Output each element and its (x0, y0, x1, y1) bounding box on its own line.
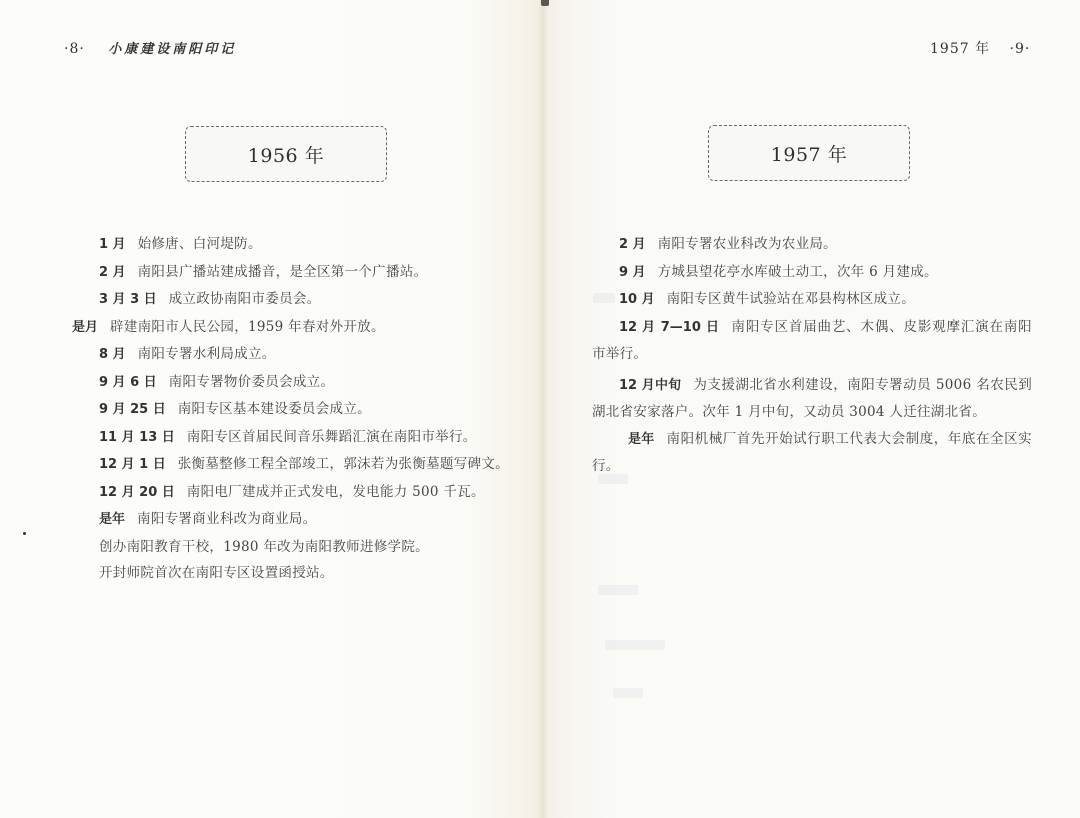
chronicle-entry: 8 月南阳专署水利局成立。 (72, 341, 524, 369)
year-heading-1957: 1957 年 (708, 125, 910, 181)
entry-text: 南阳专署商业科改为商业局。 (137, 511, 316, 527)
chronicle-entry: 12 月 20 日南阳电厂建成并正式发电，发电能力 500 千瓦。 (72, 479, 524, 507)
entry-text: 南阳专署农业科改为农业局。 (658, 236, 837, 252)
chronicle-entry: 9 月方城县望花亭水库破土动工，次年 6 月建成。 (592, 259, 1032, 287)
entry-date: 12 月中旬 (619, 378, 681, 393)
book-title: 小康建设南阳印记 (108, 42, 236, 57)
chronicle-entry: 12 月 7—10 日南阳专区首届曲艺、木偶、皮影观摩汇演在南阳市举行。 (592, 314, 1032, 368)
entries-1957: 2 月南阳专署农业科改为农业局。 9 月方城县望花亭水库破土动工，次年 6 月建… (592, 231, 1032, 480)
chronicle-entry: 是月辟建南阳市人民公园，1959 年春对外开放。 (72, 314, 524, 342)
entry-text: 辟建南阳市人民公园，1959 年春对外开放。 (110, 319, 385, 335)
chronicle-entry: 12 月中旬为支援湖北省水利建设，南阳专署动员 5006 名农民到湖北省安家落户… (592, 372, 1032, 426)
entry-text: 南阳专署水利局成立。 (138, 346, 276, 362)
spine-mark (541, 0, 549, 6)
entry-date: 12 月 7—10 日 (619, 320, 719, 335)
book-spread: ·8· 小康建设南阳印记 1956 年 1 月始修唐、白河堤防。 2 月南阳县广… (0, 0, 1080, 818)
entry-date: 11 月 13 日 (99, 430, 175, 445)
entry-date: 2 月 (99, 265, 126, 280)
year-heading-1956: 1956 年 (185, 126, 387, 182)
entry-date: 2 月 (619, 237, 646, 252)
chronicle-entry: 创办南阳教育干校，1980 年改为南阳教师进修学院。 (72, 534, 524, 561)
entry-text: 张衡墓整修工程全部竣工，郭沫若为张衡墓题写碑文。 (178, 456, 509, 472)
entry-date: 1 月 (99, 237, 126, 252)
chronicle-entry: 2 月南阳专署农业科改为农业局。 (592, 231, 1032, 259)
entry-date: 9 月 (619, 265, 646, 280)
bleed-through-mark (605, 640, 665, 650)
entry-date: 10 月 (619, 292, 655, 307)
entry-date: 9 月 6 日 (99, 375, 157, 390)
chronicle-entry: 是年南阳机械厂首先开始试行职工代表大会制度，年底在全区实行。 (592, 426, 1032, 480)
entry-text: 创办南阳教育干校，1980 年改为南阳教师进修学院。 (99, 539, 429, 555)
entry-text: 南阳机械厂首先开始试行职工代表大会制度，年底在全区实行。 (592, 431, 1032, 475)
right-running-head: 1957 年 ·9· (930, 38, 1030, 58)
entry-text: 开封师院首次在南阳专区设置函授站。 (99, 565, 334, 581)
entry-text: 成立政协南阳市委员会。 (169, 291, 321, 307)
entry-date: 8 月 (99, 347, 126, 362)
left-page: ·8· 小康建设南阳印记 1956 年 1 月始修唐、白河堤防。 2 月南阳县广… (0, 0, 543, 818)
chronicle-entry: 2 月南阳县广播站建成播音，是全区第一个广播站。 (72, 259, 524, 287)
left-running-head: ·8· 小康建设南阳印记 (64, 38, 236, 57)
bleed-through-mark (598, 585, 638, 595)
entry-text: 南阳专区首届民间音乐舞蹈汇演在南阳市举行。 (187, 429, 477, 445)
chapter-year: 1957 年 (930, 41, 990, 57)
entry-date: 12 月 20 日 (99, 485, 175, 500)
entry-text: 方城县望花亭水库破土动工，次年 6 月建成。 (658, 264, 938, 280)
entry-text: 南阳专区黄牛试验站在邓县构林区成立。 (667, 291, 915, 307)
entry-text: 南阳专署物价委员会成立。 (169, 374, 335, 390)
entry-date: 是月 (72, 320, 98, 335)
chronicle-entry: 是年南阳专署商业科改为商业局。 (72, 506, 524, 534)
chronicle-entry: 12 月 1 日张衡墓整修工程全部竣工，郭沫若为张衡墓题写碑文。 (72, 451, 524, 479)
bleed-through-mark (613, 688, 643, 698)
chronicle-entry: 1 月始修唐、白河堤防。 (72, 231, 524, 259)
entry-text: 南阳电厂建成并正式发电，发电能力 500 千瓦。 (187, 484, 485, 500)
entry-date: 是年 (99, 512, 125, 527)
book-spine (538, 0, 548, 818)
entry-date: 是年 (628, 432, 655, 447)
chronicle-entry: 9 月 6 日南阳专署物价委员会成立。 (72, 369, 524, 397)
entries-1956: 1 月始修唐、白河堤防。 2 月南阳县广播站建成播音，是全区第一个广播站。 3 … (72, 231, 524, 587)
page-number-right: ·9· (1010, 41, 1031, 57)
entry-date: 12 月 1 日 (99, 457, 166, 472)
chronicle-entry: 11 月 13 日南阳专区首届民间音乐舞蹈汇演在南阳市举行。 (72, 424, 524, 452)
chronicle-entry: 9 月 25 日南阳专区基本建设委员会成立。 (72, 396, 524, 424)
chronicle-entry: 10 月南阳专区黄牛试验站在邓县构林区成立。 (592, 286, 1032, 314)
entry-date: 9 月 25 日 (99, 402, 166, 417)
chronicle-entry: 开封师院首次在南阳专区设置函授站。 (72, 560, 524, 587)
entry-text: 始修唐、白河堤防。 (138, 236, 262, 252)
entry-date: 3 月 3 日 (99, 292, 157, 307)
year-heading-text: 1957 年 (771, 140, 847, 167)
entry-text: 南阳专区基本建设委员会成立。 (178, 401, 371, 417)
entry-text: 南阳县广播站建成播音，是全区第一个广播站。 (138, 264, 428, 280)
year-heading-text: 1956 年 (248, 141, 324, 168)
page-number-left: ·8· (64, 41, 85, 57)
chronicle-entry: 3 月 3 日成立政协南阳市委员会。 (72, 286, 524, 314)
scan-speck (23, 532, 26, 535)
